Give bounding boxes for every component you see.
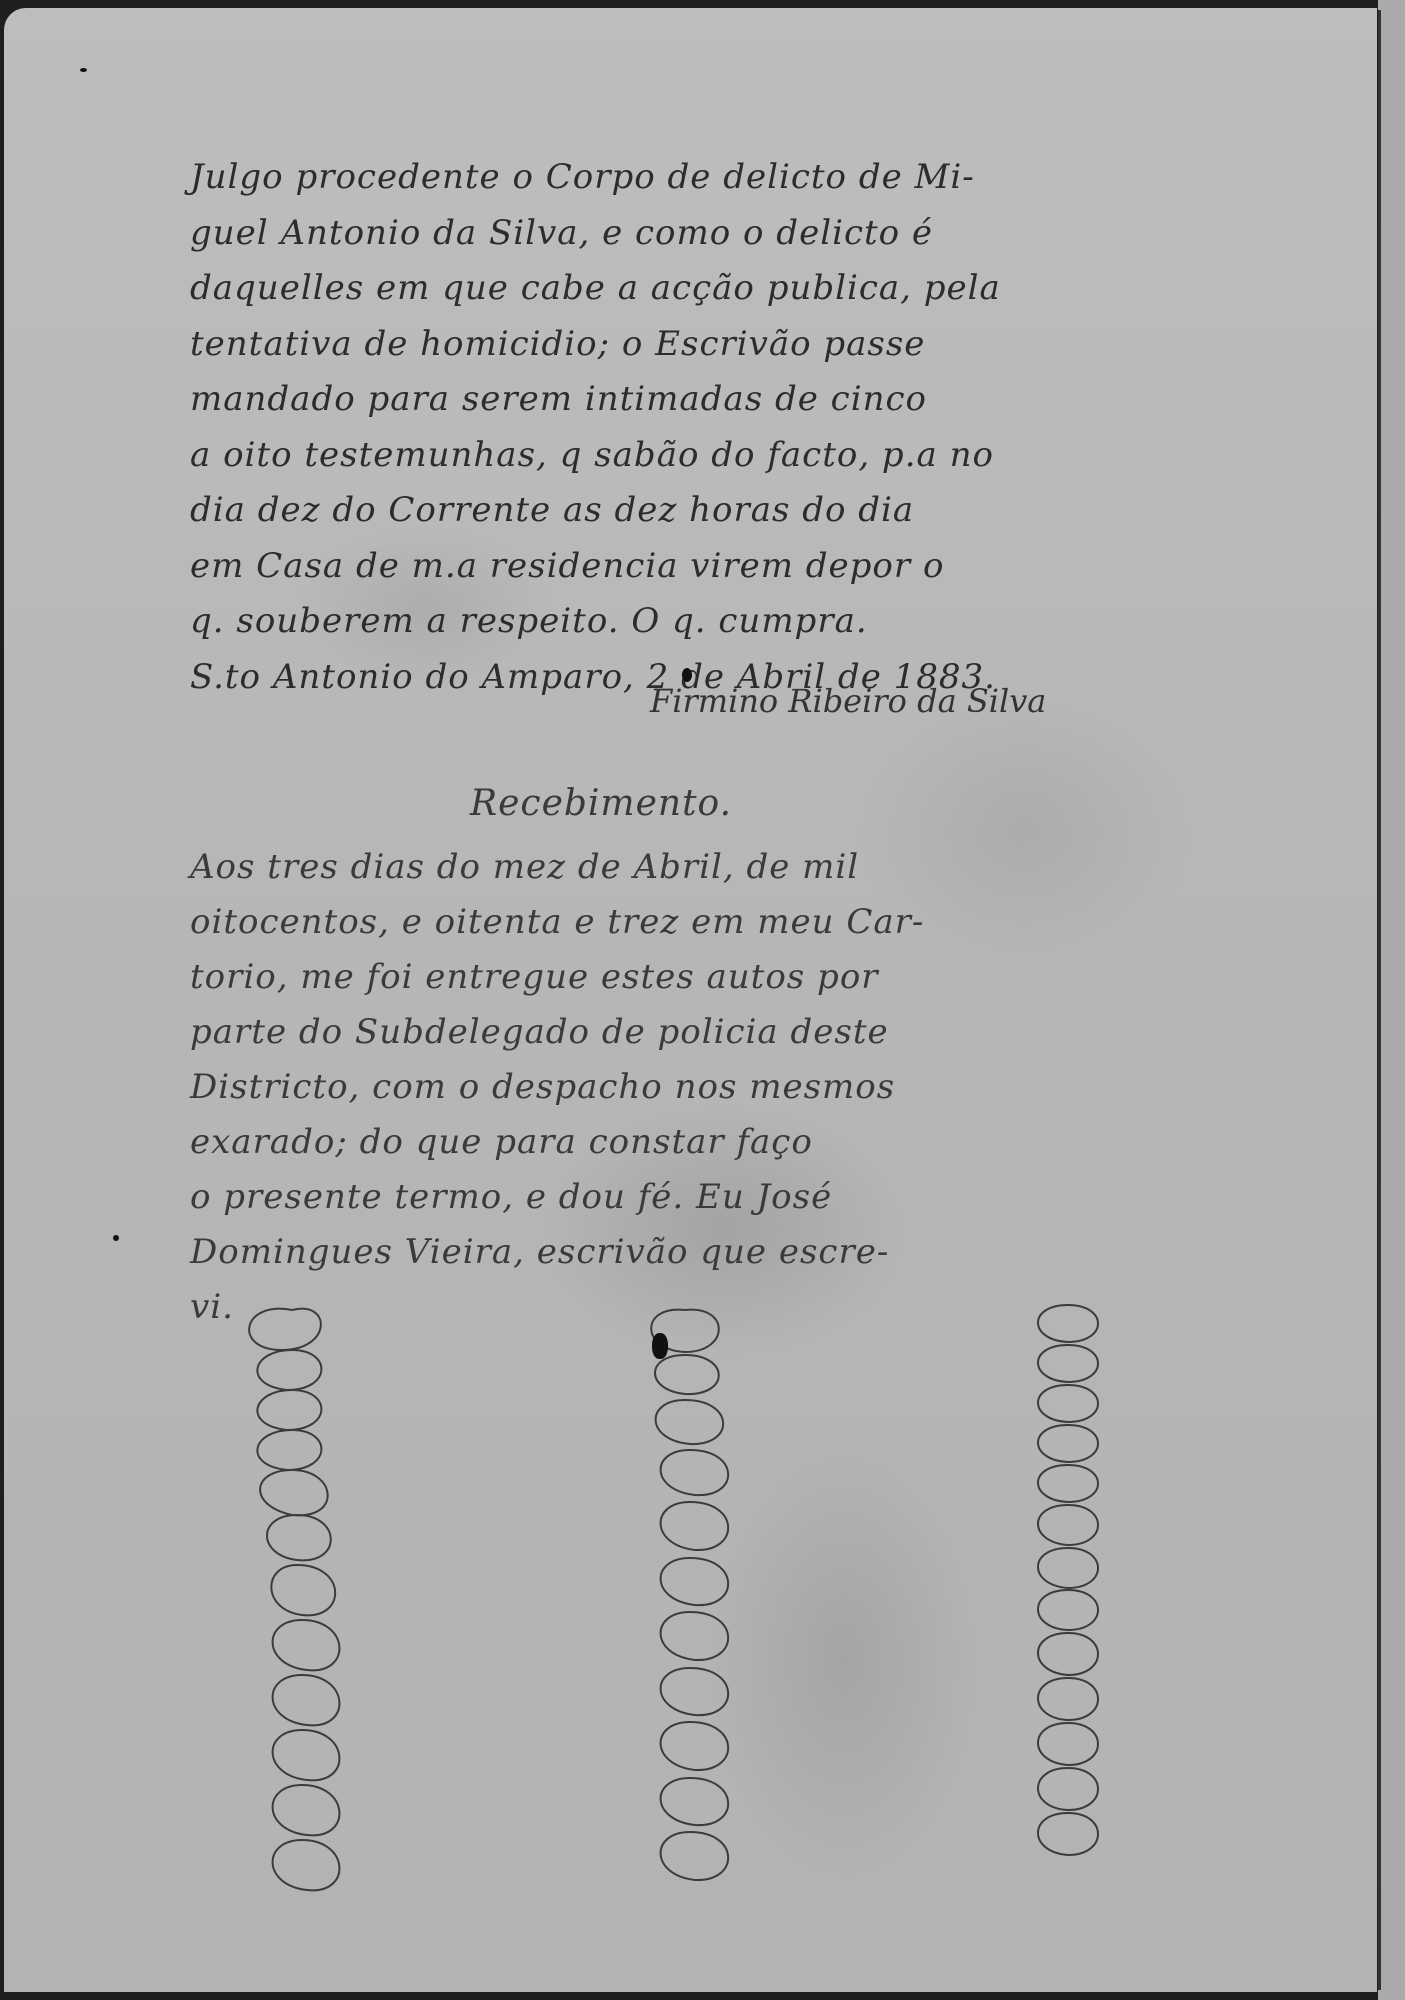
section-heading: Recebimento.	[470, 783, 732, 824]
adjacent-page-edge	[1378, 0, 1405, 2000]
text-line: a oito testemunhas, q sabão do facto, p.…	[190, 428, 1210, 484]
text-line: parte do Subdelegado de policia deste	[190, 1005, 1210, 1060]
text-line: q. souberem a respeito. O q. cumpra.	[190, 594, 1210, 650]
text-line: Districto, com o despacho nos mesmos	[190, 1060, 1210, 1115]
ink-blot	[652, 1333, 668, 1359]
text-line: guel Antonio da Silva, e como o delicto …	[190, 206, 1210, 262]
text-line: em Casa de m.a residencia virem depor o	[190, 539, 1210, 595]
text-line: tentativa de homicidio; o Escrivão passe	[190, 317, 1210, 373]
loop-flourish-icon	[232, 1290, 352, 1930]
text-line: Aos tres dias do mez de Abril, de mil	[190, 840, 1210, 895]
loop-flourish-icon	[1008, 1290, 1128, 1930]
order-paragraph: Julgo procedente o Corpo de delicto de M…	[190, 150, 1210, 705]
ink-speck	[113, 1235, 119, 1241]
text-line: oitocentos, e oitenta e trez em meu Car-	[190, 895, 1210, 950]
text-line: Julgo procedente o Corpo de delicto de M…	[190, 150, 1210, 206]
text-line: Domingues Vieira, escrivão que escre-	[190, 1225, 1210, 1280]
text-line: daquelles em que cabe a acção publica, p…	[190, 261, 1210, 317]
text-line: torio, me foi entregue estes autos por	[190, 950, 1210, 1005]
ink-speck	[80, 68, 87, 72]
ink-blot	[682, 668, 692, 682]
binding-line	[1378, 10, 1381, 1990]
text-line: dia dez do Corrente as dez horas do dia	[190, 483, 1210, 539]
text-line: o presente termo, e dou fé. Eu José	[190, 1170, 1210, 1225]
loop-flourish-icon	[630, 1290, 750, 1930]
text-line: mandado para serem intimadas de cinco	[190, 372, 1210, 428]
text-line: exarado; do que para constar faço	[190, 1115, 1210, 1170]
receipt-paragraph: Aos tres dias do mez de Abril, de mil oi…	[190, 840, 1210, 1335]
judge-signature: Firmino Ribeiro da Silva	[650, 682, 1046, 720]
